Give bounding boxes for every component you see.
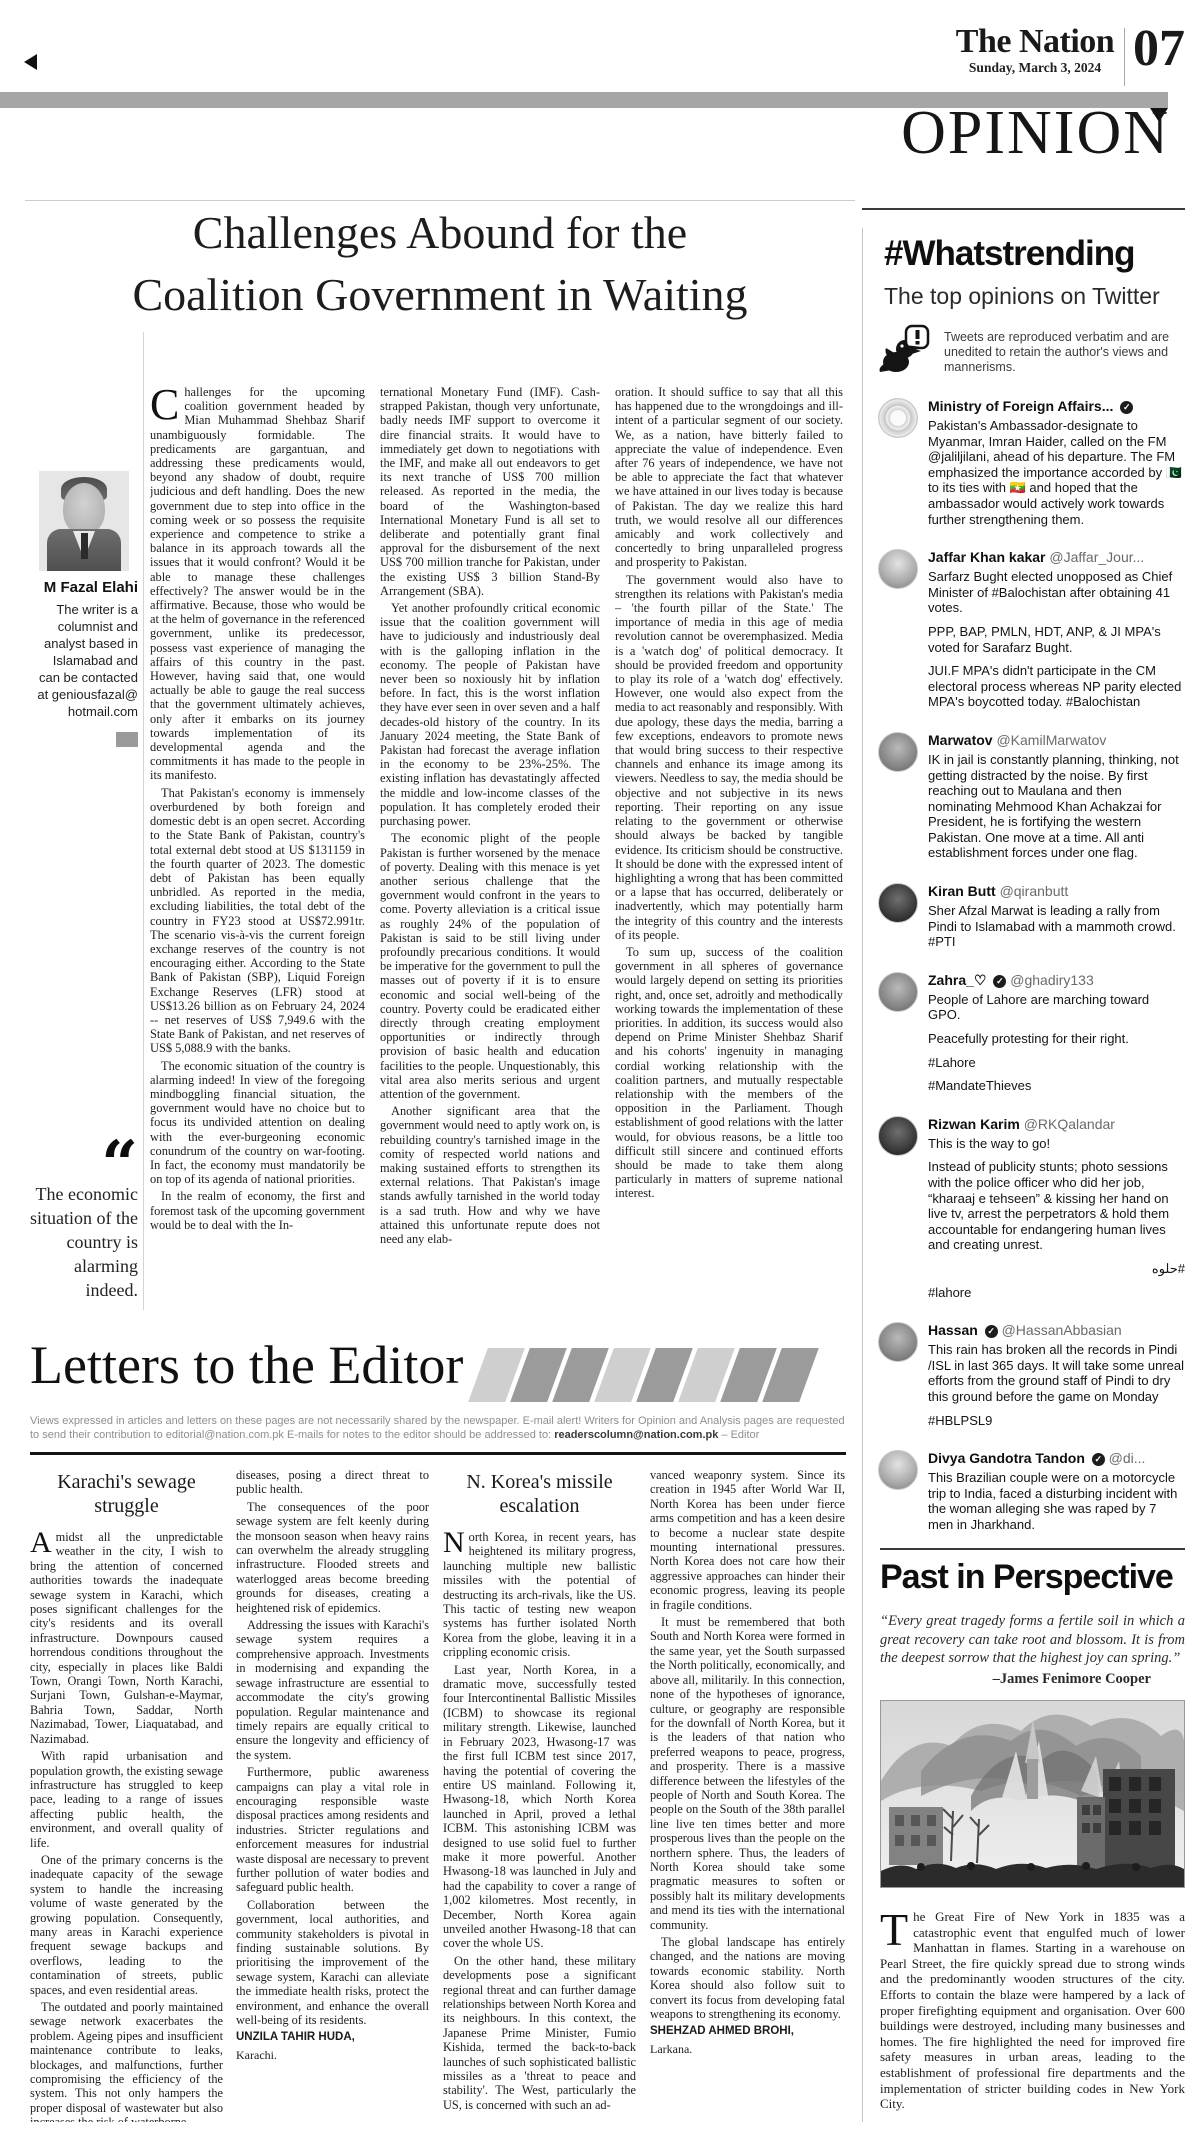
tweet-handle: @qiranbutt — [1000, 883, 1069, 899]
paragraph: The consequences of the poor sewage syst… — [236, 1500, 429, 1615]
tweet-handle: @HassanAbbasian — [1002, 1322, 1122, 1338]
section-title: OPINION — [560, 102, 1170, 164]
paragraph: Addressing the issues with Karachi's sew… — [236, 1618, 429, 1762]
page-number: 07 — [1128, 18, 1190, 80]
tweet: Jaffar Khan kakar @Jaffar_Jour...Sarfarz… — [878, 549, 1185, 718]
pull-quote-text: The economic situation of the country is… — [26, 1182, 138, 1302]
quote-mark-icon: “ — [26, 1148, 138, 1182]
author-name: M Fazal Elahi — [30, 579, 138, 596]
tweet-avatar — [878, 732, 918, 772]
tweet-paragraph: This Brazilian couple were on a motorcyc… — [928, 1470, 1185, 1532]
paragraph: It must be remembered that both South an… — [650, 1615, 845, 1932]
letters-stripes — [478, 1348, 846, 1402]
whatstrending-subtitle: The top opinions on Twitter — [884, 283, 1184, 310]
tweet-author: Hassan ✓ @HassanAbbasian — [928, 1322, 1185, 1339]
paragraph: Another significant area that the govern… — [380, 1104, 600, 1246]
tweet-paragraph: #Lahore — [928, 1055, 1185, 1071]
tweet-paragraph: #حلوه — [928, 1261, 1185, 1277]
past-rule — [880, 1548, 1185, 1550]
tweet-author: Divya Gandotra Tandon ✓ @di... — [928, 1450, 1185, 1467]
tweet-paragraph: Peacefully protesting for their right. — [928, 1031, 1185, 1047]
past-heading: Past in Perspective — [880, 1558, 1185, 1597]
end-marker — [116, 732, 138, 747]
paragraph: Furthermore, public awareness campaigns … — [236, 1765, 429, 1895]
verified-badge-icon: ✓ — [993, 975, 1006, 988]
tweet-avatar — [878, 883, 918, 923]
readers-email: readerscolumn@nation.com.pk — [554, 1429, 718, 1441]
tweet-avatar — [878, 1322, 918, 1362]
tweet-paragraph: #HBLPSL9 — [928, 1413, 1185, 1429]
letter-column-2: diseases, posing a direct threat to publ… — [236, 1468, 429, 2122]
paragraph: ternational Monetary Fund (IMF). Cash-st… — [380, 385, 600, 598]
tweet-author: Jaffar Khan kakar @Jaffar_Jour... — [928, 549, 1185, 566]
tweet-text: People of Lahore are marching toward GPO… — [928, 992, 1185, 1094]
article-column-3: oration. It should suffice to say that a… — [615, 385, 843, 1317]
paragraph: Amidst all the unpredictable weather in … — [30, 1530, 223, 1746]
tweet-paragraph: Pakistan's Ambassador-designate to Myanm… — [928, 418, 1185, 527]
headline-rule — [25, 200, 855, 201]
tweet-paragraph: This is the way to go! — [928, 1136, 1185, 1152]
article-column-2: ternational Monetary Fund (IMF). Cash-st… — [380, 385, 600, 1317]
signature: UNZILA TAHIR HUDA, — [236, 2030, 429, 2044]
tweet-avatar — [878, 1450, 918, 1490]
sidebar-divider — [862, 228, 863, 2122]
tweet: Divya Gandotra Tandon ✓ @di...This Brazi… — [878, 1450, 1185, 1540]
paper-name: The Nation — [950, 24, 1120, 60]
tweet: Ministry of Foreign Affairs... ✓ Pakista… — [878, 398, 1185, 535]
tweet-paragraph: #lahore — [928, 1285, 1185, 1301]
tweet: Hassan ✓ @HassanAbbasianThis rain has br… — [878, 1322, 1185, 1436]
article-column-1: Challenges for the upcoming coalition go… — [150, 385, 365, 1317]
tweet-text: Sarfarz Bught elected unopposed as Chief… — [928, 569, 1185, 710]
letter-column-4: vanced weaponry system. Since its creati… — [650, 1468, 845, 2122]
tweet-paragraph: Instead of publicity stunts; photo sessi… — [928, 1159, 1185, 1253]
paragraph: diseases, posing a direct threat to publ… — [236, 1468, 429, 1497]
pull-quote: “ The economic situation of the country … — [26, 1148, 138, 1302]
tweet-author: Marwatov @KamilMarwatov — [928, 732, 1185, 749]
sidebar-top-rule — [862, 208, 1185, 210]
tweet-handle: @di... — [1109, 1450, 1146, 1466]
tweet-handle: @Jaffar_Jour... — [1049, 549, 1144, 565]
verified-badge-icon: ✓ — [1120, 401, 1133, 414]
tweet-paragraph: PPP, BAP, PMLN, HDT, ANP, & JI MPA's vot… — [928, 624, 1185, 655]
tweet-paragraph: JUI.F MPA's didn't participate in the CM… — [928, 663, 1185, 710]
twitter-bird-icon — [876, 324, 936, 381]
paragraph: vanced weaponry system. Since its creati… — [650, 1468, 845, 1612]
tweet-avatar — [878, 549, 918, 589]
past-quote: “Every great tragedy forms a fertile soi… — [880, 1612, 1185, 1688]
tweet-paragraph: Sher Afzal Marwat is leading a rally fro… — [928, 903, 1185, 950]
tweet-author: Zahra_♡ ✓ @ghadiry133 — [928, 972, 1185, 989]
paragraph: The Great Fire of New York in 1835 was a… — [880, 1909, 1185, 2112]
tweet-author: Rizwan Karim @RKQalandar — [928, 1116, 1185, 1133]
paragraph: The outdated and poorly maintained sewag… — [30, 2000, 223, 2122]
paragraph: Yet another profoundly critical economic… — [380, 601, 600, 828]
signature: SHEHZAD AHMED BROHI, — [650, 2024, 845, 2038]
drop-cap: C — [150, 385, 184, 422]
tweet-avatar — [878, 972, 918, 1012]
paragraph: oration. It should suffice to say that a… — [615, 385, 843, 570]
paragraph: In the realm of economy, the first and f… — [150, 1189, 365, 1232]
letter-title: Karachi's sewage struggle — [30, 1470, 223, 1518]
tweet-paragraph: Sarfarz Bught elected unopposed as Chief… — [928, 569, 1185, 616]
tweet: Zahra_♡ ✓ @ghadiry133People of Lahore ar… — [878, 972, 1185, 1102]
tweet-text: This is the way to go!Instead of publici… — [928, 1136, 1185, 1300]
author-bio: The writer is a columnist and analyst ba… — [30, 601, 138, 720]
verified-badge-icon: ✓ — [1092, 1453, 1105, 1466]
verified-badge-icon: ✓ — [985, 1325, 998, 1338]
tweet-paragraph: This rain has broken all the records in … — [928, 1342, 1185, 1404]
tweet-paragraph: People of Lahore are marching toward GPO… — [928, 992, 1185, 1023]
paragraph: The economic situation of the country is… — [150, 1059, 365, 1187]
tweet-text: This rain has broken all the records in … — [928, 1342, 1185, 1428]
paragraph: North Korea, in recent years, has height… — [443, 1530, 636, 1660]
disclaimer-text: – Editor — [718, 1429, 759, 1441]
tweet-handle: @RKQalandar — [1024, 1116, 1115, 1132]
tweet-text: IK in jail is constantly planning, think… — [928, 752, 1185, 861]
tweet-handle: @KamilMarwatov — [996, 732, 1106, 748]
paragraph: Challenges for the upcoming coalition go… — [150, 385, 365, 783]
tweet: Marwatov @KamilMarwatovIK in jail is con… — [878, 732, 1185, 869]
masthead-divider — [1124, 28, 1125, 86]
tweet-avatar — [878, 1116, 918, 1156]
signature: Larkana. — [650, 2042, 845, 2056]
letter-column-3: N. Korea's missile escalationNorth Korea… — [443, 1468, 636, 2122]
letter-title: N. Korea's missile escalation — [443, 1470, 636, 1518]
paragraph: The economic plight of the people Pakist… — [380, 831, 600, 1101]
headline-line2: Coalition Government in Waiting — [30, 264, 850, 326]
tweet-handle: @ghadiry133 — [1010, 972, 1094, 988]
tweet: Kiran Butt @qiranbuttSher Afzal Marwat i… — [878, 883, 1185, 958]
paragraph: That Pakistan's economy is immensely ove… — [150, 786, 365, 1056]
corner-arrow-icon — [24, 54, 37, 70]
headline-line1: Challenges Abound for the — [30, 202, 850, 264]
newspaper-page: The Nation Sunday, March 3, 2024 07 OPIN… — [0, 0, 1200, 2133]
author-bio-block: M Fazal Elahi The writer is a columnist … — [30, 385, 138, 747]
photo-tie — [81, 533, 88, 559]
article-headline: Challenges Abound for the Coalition Gove… — [30, 202, 850, 326]
tweet-list: Ministry of Foreign Affairs... ✓ Pakista… — [878, 398, 1185, 1540]
paragraph: Collaboration between the government, lo… — [236, 1898, 429, 2028]
bio-divider — [143, 332, 144, 1310]
great-fire-illustration — [880, 1700, 1185, 1888]
letter-column-1: Karachi's sewage struggleAmidst all the … — [30, 1468, 223, 2122]
past-body: The Great Fire of New York in 1835 was a… — [880, 1896, 1185, 2124]
signature: Karachi. — [236, 2048, 429, 2062]
paragraph: One of the primary concerns is the inade… — [30, 1853, 223, 1997]
past-quote-text: “Every great tragedy forms a fertile soi… — [880, 1613, 1185, 1666]
tweet-text: This Brazilian couple were on a motorcyc… — [928, 1470, 1185, 1540]
tweet-author: Ministry of Foreign Affairs... ✓ — [928, 398, 1185, 415]
masthead: The Nation Sunday, March 3, 2024 — [950, 24, 1120, 76]
drop-cap: A — [30, 1530, 56, 1555]
paragraph: On the other hand, these military develo… — [443, 1954, 636, 2112]
paragraph: With rapid urbanisation and population g… — [30, 1749, 223, 1850]
tweet: Rizwan Karim @RKQalandarThis is the way … — [878, 1116, 1185, 1308]
whatstrending-title: #Whatstrending — [884, 234, 1184, 274]
author-photo — [39, 471, 129, 571]
tweet-avatar — [878, 398, 918, 438]
letters-disclaimer: Views expressed in articles and letters … — [30, 1414, 846, 1442]
letters-heading: Letters to the Editor — [30, 1336, 490, 1394]
tweet-text: Sher Afzal Marwat is leading a rally fro… — [928, 903, 1185, 950]
paragraph: The government would also have to streng… — [615, 573, 843, 942]
tweet-text: Pakistan's Ambassador-designate to Myanm… — [928, 418, 1185, 527]
paragraph: The global landscape has entirely change… — [650, 1935, 845, 2021]
photo-face — [63, 483, 105, 535]
past-quote-attribution: –James Fenimore Cooper — [880, 1670, 1185, 1689]
tweet-author: Kiran Butt @qiranbutt — [928, 883, 1185, 900]
drop-cap: T — [880, 1909, 913, 1949]
letters-rule — [30, 1452, 846, 1455]
paragraph: Last year, North Korea, in a dramatic mo… — [443, 1663, 636, 1951]
drop-cap: N — [443, 1530, 469, 1555]
tweets-disclaimer: Tweets are reproduced verbatim and are u… — [944, 330, 1182, 375]
paragraph: To sum up, success of the coalition gove… — [615, 945, 843, 1201]
issue-date: Sunday, March 3, 2024 — [950, 60, 1120, 76]
tweet-paragraph: IK in jail is constantly planning, think… — [928, 752, 1185, 861]
tweet-paragraph: #MandateThieves — [928, 1078, 1185, 1094]
